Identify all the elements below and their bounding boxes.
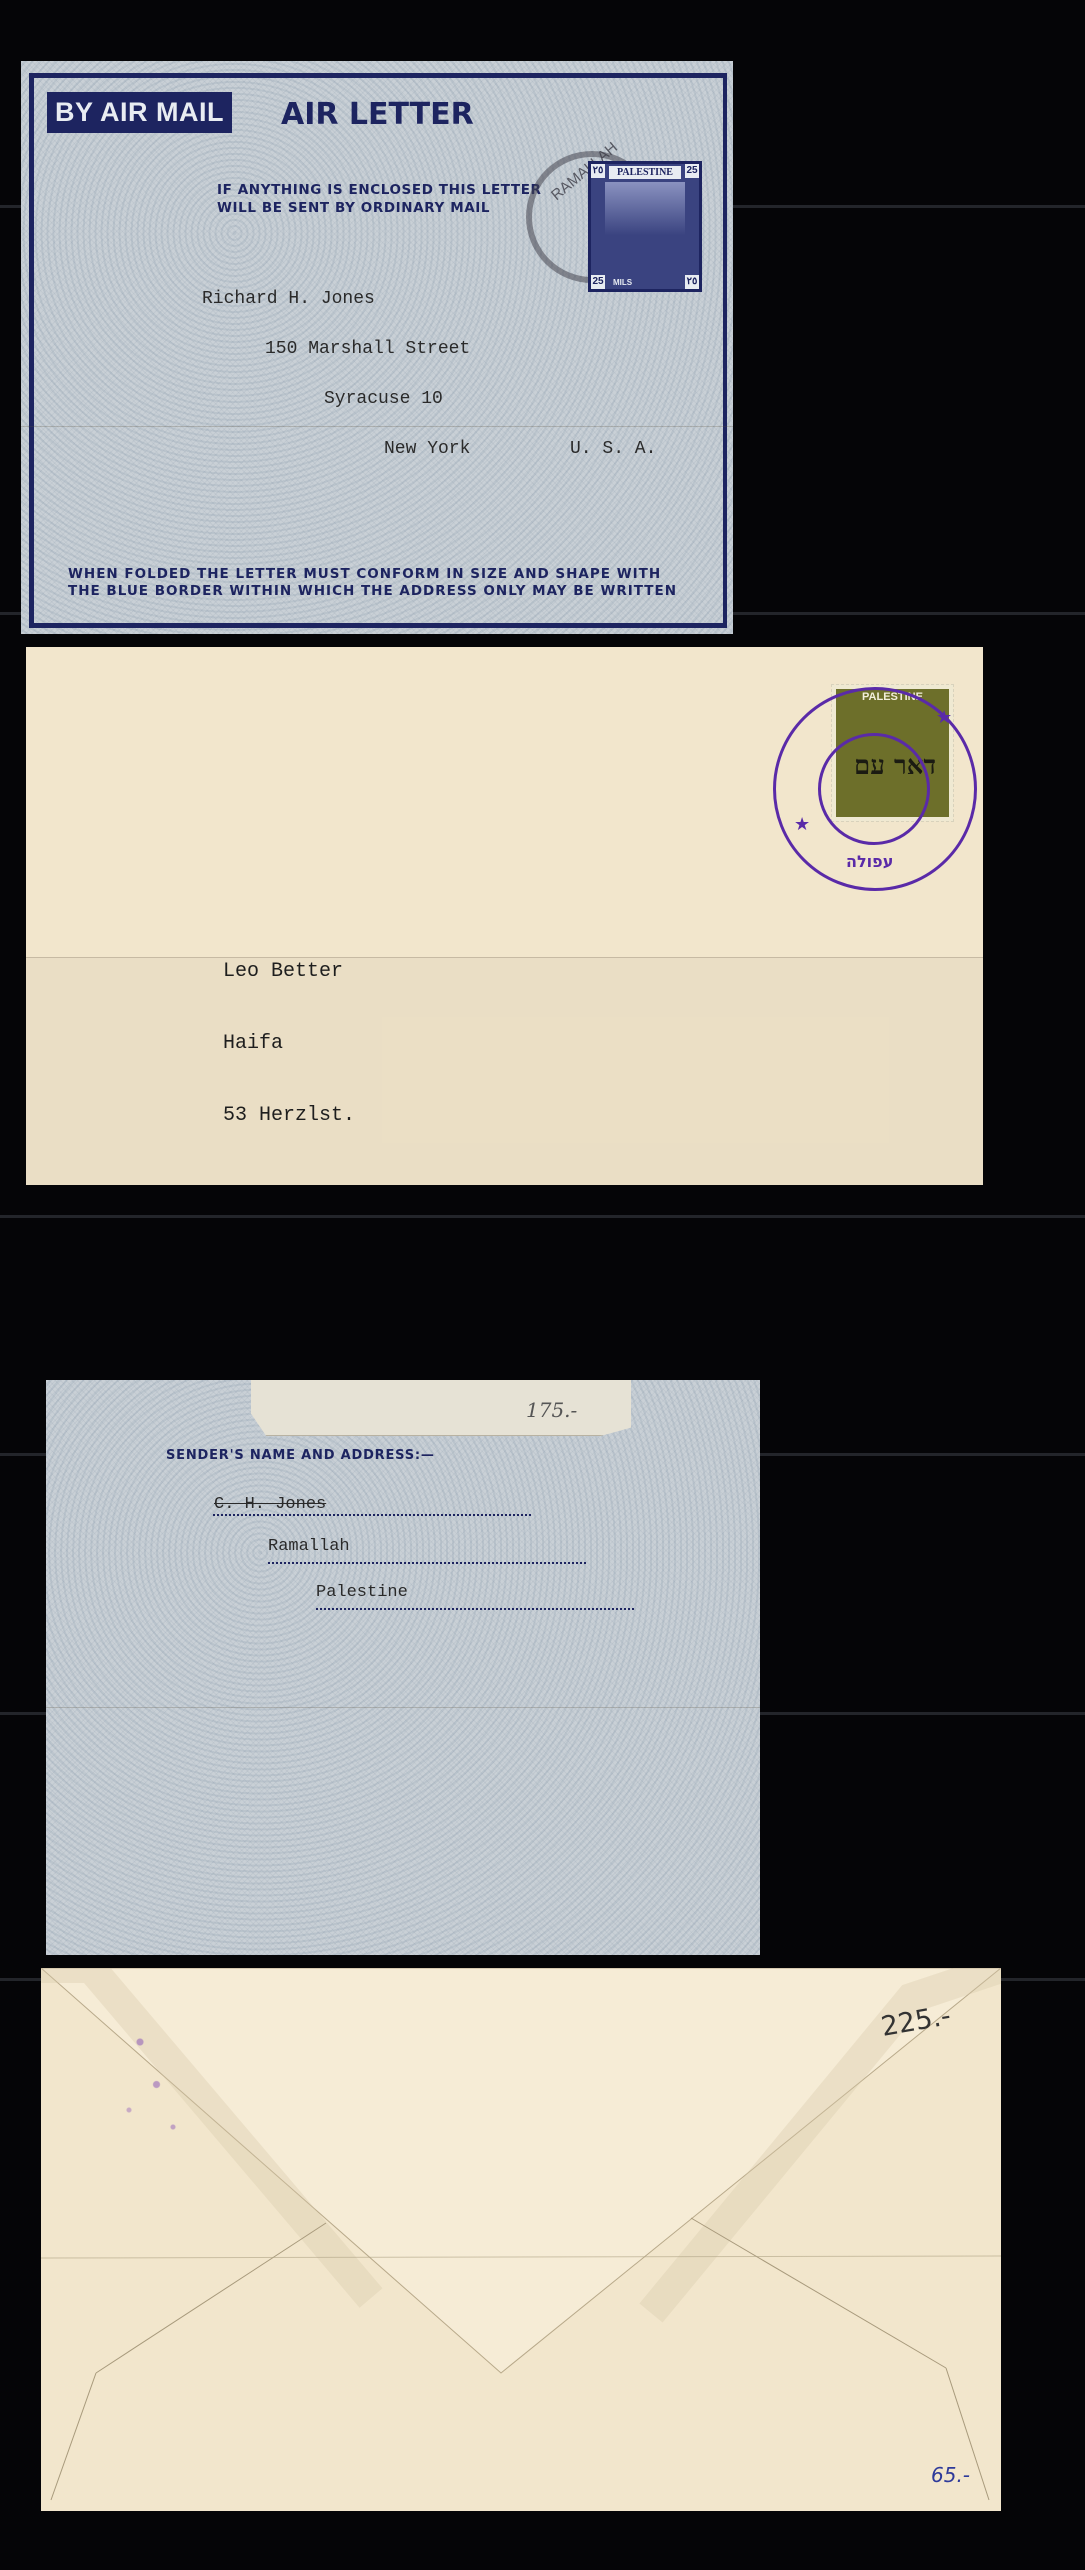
air-letter-title: AIR LETTER <box>281 97 474 132</box>
ink-note: 65.- <box>931 2463 970 2487</box>
folding-line: WHEN FOLDED THE LETTER MUST CONFORM IN S… <box>68 566 677 583</box>
afula-cover[interactable]: PALESTINE דאר עם ★ ★ עפולה Leo Better Ha… <box>26 647 983 1185</box>
address-name: Richard H. Jones <box>202 289 375 309</box>
address-state: New York <box>384 439 470 459</box>
address-street: 150 Marshall Street <box>265 339 470 359</box>
fold-line <box>46 1707 760 1708</box>
dotted-line <box>268 1562 586 1564</box>
address-line: 53 Herzlst. <box>223 1104 355 1128</box>
afula-cancel-inner-ring <box>818 733 930 845</box>
sender-name: C. H. Jones <box>214 1495 326 1514</box>
star-icon: ★ <box>794 814 810 835</box>
address-line: Leo Better <box>223 960 355 984</box>
cancel-place-name: עפולה <box>846 852 893 871</box>
album-strip <box>0 1215 1085 1218</box>
address-country: U. S. A. <box>570 439 656 459</box>
star-icon: ★ <box>936 707 952 728</box>
sender-label: SENDER'S NAME AND ADDRESS:— <box>166 1448 435 1463</box>
pencil-price: 175.- <box>526 1398 577 1422</box>
sender-city: Ramallah <box>268 1537 350 1556</box>
fold-shade <box>26 957 983 1185</box>
address-block: Leo Better Haifa 53 Herzlst. <box>223 912 355 1176</box>
violet-handstamp-traces <box>96 2008 206 2178</box>
enclosure-line: WILL BE SENT BY ORDINARY MAIL <box>217 199 542 217</box>
dotted-line <box>213 1514 531 1516</box>
cover-reverse[interactable]: 225.- 65.- <box>41 1968 1001 2511</box>
tower-of-david-image <box>605 182 685 271</box>
folding-notice: WHEN FOLDED THE LETTER MUST CONFORM IN S… <box>68 566 677 600</box>
air-letter-cover[interactable]: BY AIR MAIL AIR LETTER IF ANYTHING IS EN… <box>21 61 733 634</box>
enclosure-line: IF ANYTHING IS ENCLOSED THIS LETTER <box>217 181 542 199</box>
folding-line: THE BLUE BORDER WITHIN WHICH THE ADDRESS… <box>68 583 677 600</box>
dotted-line <box>316 1608 634 1610</box>
address-city: Syracuse 10 <box>324 389 443 409</box>
fold-line <box>21 426 733 427</box>
sender-country: Palestine <box>316 1583 408 1602</box>
enclosure-notice: IF ANYTHING IS ENCLOSED THIS LETTER WILL… <box>217 181 542 217</box>
address-line: Haifa <box>223 1032 355 1056</box>
air-letter-reverse-cover[interactable]: 175.- SENDER'S NAME AND ADDRESS:— C. H. … <box>46 1380 760 1955</box>
palestine-25-mils-stamp-icon: PALESTINE ٢٥ 25 25 ٢٥ MILS <box>588 161 702 292</box>
by-air-mail-label: BY AIR MAIL <box>47 92 232 133</box>
